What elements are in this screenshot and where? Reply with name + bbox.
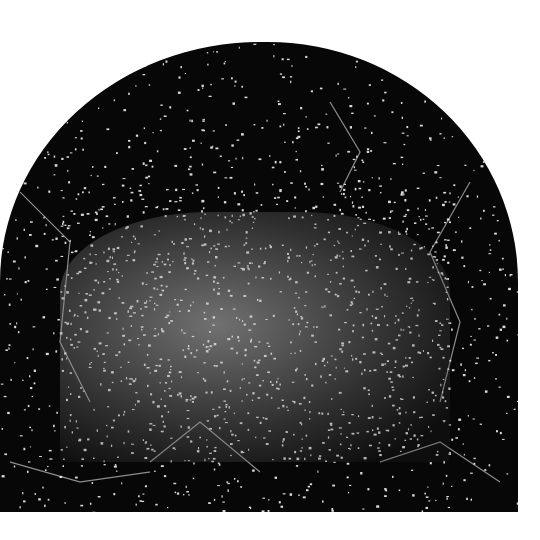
scanned-photocopy [0, 0, 540, 540]
inscription-panel [60, 212, 450, 462]
headstone [0, 42, 518, 512]
